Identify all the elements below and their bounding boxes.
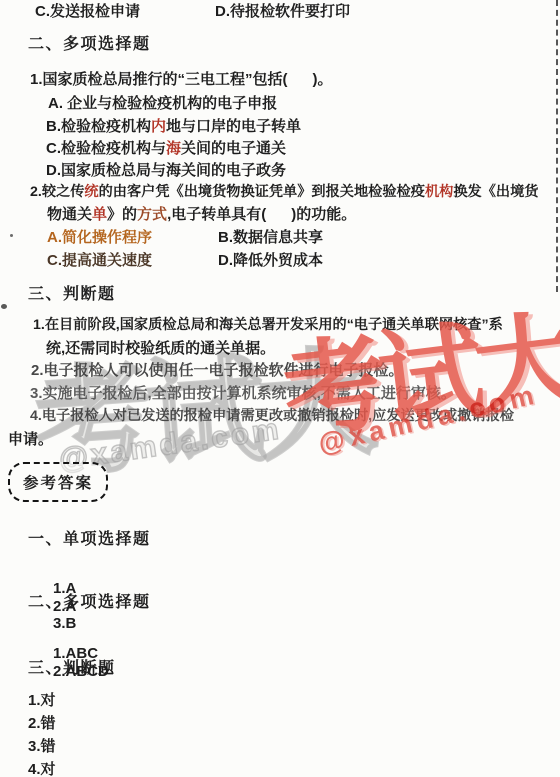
red-watermark-layer: 考试大 @xamda.com [0,0,560,777]
scanned-exam-page: 考试大 @xamda.com C.发送报检申请 D.待报检软件要打印 二、多项选… [0,0,560,777]
